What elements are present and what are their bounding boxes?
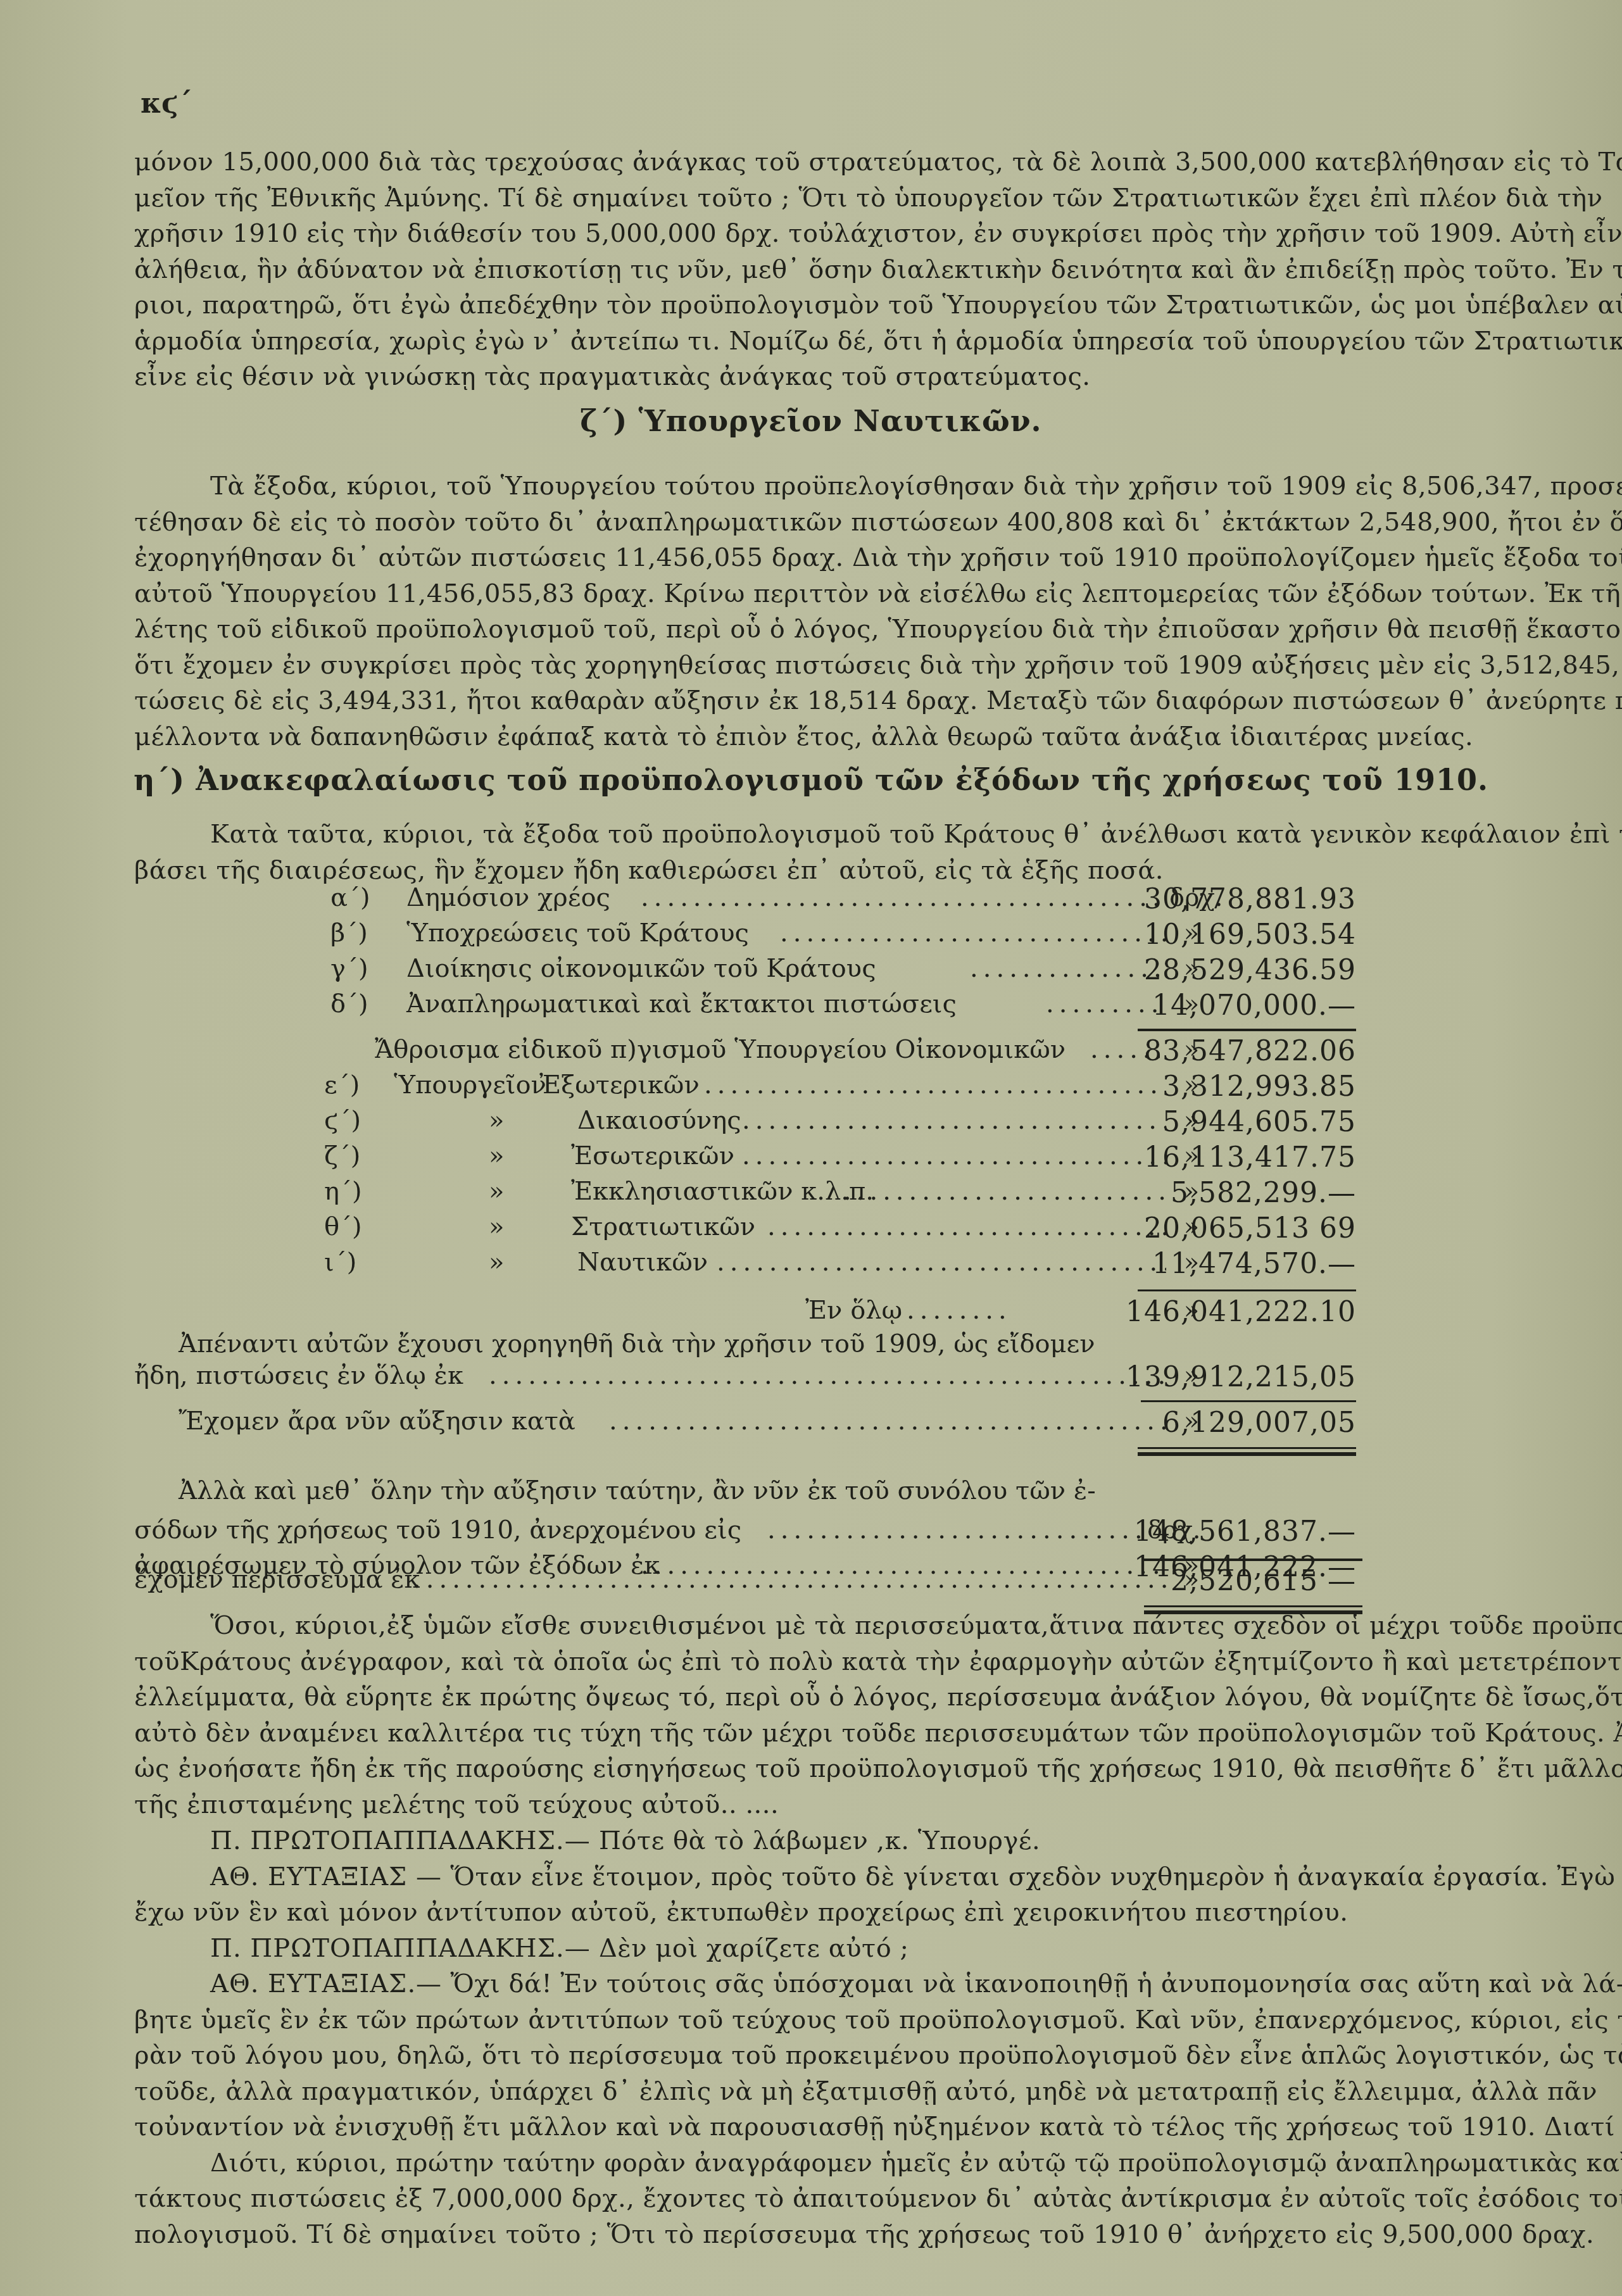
text-line: χρῆσιν 1910 εἰς τὴν διάθεσίν του 5,000,0… (134, 216, 1556, 252)
speaker-name: Π. ΠΡΩΤΟΠΑΠΠΑΔΑΚΗΣ.— (210, 1934, 591, 1963)
text-line: Τὰ ἔξοδα, κύριοι, τοῦ Ὑπουργείου τούτου … (134, 468, 1556, 505)
granted-amount: 139,912,215,05 (1126, 1361, 1356, 1393)
dialogue-line: ἔχω νῦν ἓν καὶ μόνον ἀντίτυπον αὐτοῦ, ἐκ… (134, 1895, 1556, 1931)
total-label: Ἐν ὅλῳ (805, 1296, 902, 1325)
granted-text-1: Ἀπέναντι αὐτῶν ἔχουσι χορηγηθῆ διὰ τὴν χ… (179, 1329, 1095, 1358)
increase-amount: 6,129,007,05 (1162, 1407, 1356, 1439)
row-letter: ι΄) (324, 1248, 356, 1277)
total-rule (1138, 1289, 1356, 1291)
speaker-name: ΑΘ. ΕΥΤΑΞΙΑΣ.— (210, 1969, 442, 1998)
row-label: Στρατιωτικῶν (571, 1212, 755, 1241)
row-label: Ναυτικῶν (577, 1248, 708, 1277)
leader-dots: ........................................… (489, 1361, 1166, 1390)
row-prefix: » (489, 1212, 504, 1241)
row-label: Ἐκκλησιαστικῶν κ.λ.π. (571, 1177, 874, 1206)
navy-paragraph: Τὰ ἔξοδα, κύριοι, τοῦ Ὑπουργείου τούτου … (134, 468, 1556, 755)
total-row: Ἐν ὅλῳ ........ » 146,041,222.10 (134, 1296, 1356, 1331)
row-prefix: » (489, 1177, 504, 1206)
row-prefix: Ὑπουργεῖον (394, 1070, 546, 1100)
increase-rule (1141, 1400, 1356, 1402)
row-letter: η΄) (324, 1177, 362, 1206)
text-line: μόνον 15,000,000 διὰ τὰς τρεχούσας ἀνάγκ… (134, 144, 1556, 180)
summary-intro: Κατὰ ταῦτα, κύριοι, τὰ ἔξοδα τοῦ προϋπολ… (134, 817, 1556, 888)
leader-dots: ........................................… (609, 1407, 1166, 1436)
leader-dots: ........................................… (641, 883, 1166, 912)
leader-dots: ........................................… (780, 919, 1166, 948)
amount: 16,113,417.75 (1144, 1141, 1356, 1174)
increase-row: Ἔχομεν ἄρα νῦν αὔξησιν κατὰ ............… (134, 1407, 1356, 1442)
speech-text: Δὲν μοὶ χαρίζετε αὐτό ; (599, 1934, 909, 1963)
subtotal-row: Ἄθροισμα εἰδικοῦ π)γισμοῦ Ὑπουργείου Οἰκ… (134, 1035, 1356, 1070)
row-prefix: » (489, 1248, 504, 1277)
text-line: αὐτὸ δὲν ἀναμένει καλλιτέρα τις τύχη τῆς… (134, 1716, 1556, 1752)
text-line: μεῖον τῆς Ἐθνικῆς Ἀμύνης. Τί δὲ σημαίνει… (134, 180, 1556, 216)
double-rule-bottom (1138, 1452, 1356, 1456)
dialogue-line: Π. ΠΡΩΤΟΠΑΠΠΑΔΑΚΗΣ.— Πότε θὰ τὸ λάβωμεν … (134, 1823, 1556, 1859)
text-line: αὐτοῦ Ὑπουργείου 11,456,055,83 δραχ. Κρί… (134, 576, 1556, 612)
text-line: ρὰν τοῦ λόγου μου, δηλῶ, ὅτι τὸ περίσσευ… (134, 2038, 1556, 2074)
text-line: τοῦδε, ἀλλὰ πραγματικόν, ὑπάρχει δ᾽ ἐλπὶ… (134, 2074, 1556, 2110)
speech-text: Ὅταν εἶνε ἕτοιμον, πρὸς τοῦτο δὲ γίνεται… (450, 1862, 1615, 1891)
leader-dots: ........................................… (767, 1515, 1147, 1545)
dialogue-line: ΑΘ. ΕΥΤΑΞΙΑΣ.— Ὄχι δά! Ἐν τούτοις σᾶς ὑπ… (134, 1966, 1556, 2002)
page-number: κϛ΄ (141, 87, 192, 120)
row-letter: δ΄) (330, 989, 368, 1019)
text-line: ἐχορηγήθησαν δι᾽ αὐτῶν πιστώσεις 11,456,… (134, 540, 1556, 576)
row-prefix: » (489, 1106, 504, 1135)
surplus-block: ἔχομεν περίσσευμα ἐκ ...................… (134, 1565, 1356, 1603)
text-line: ὅτι ἔχομεν ἐν συγκρίσει πρὸς τὰς χορηγηθ… (134, 648, 1556, 684)
revenue-row: σόδων τῆς χρήσεως τοῦ 1910, ἀνερχομένου … (134, 1515, 1356, 1551)
leader-dots: ........................................… (742, 1106, 1166, 1135)
leader-dots: ........................................… (704, 1070, 1166, 1100)
row-letter: ζ΄) (324, 1141, 360, 1170)
leader-dots: ........................................… (413, 1565, 1166, 1594)
section-heading-summary: η΄) Ἀνακεφαλαίωσις τοῦ προϋπολογισμοῦ τῶ… (0, 763, 1622, 797)
surplus-label: ἔχομεν περίσσευμα ἐκ (134, 1565, 420, 1594)
row-label: Ὑποχρεώσεις τοῦ Κράτους (406, 919, 749, 948)
document-page: κϛ΄ μόνον 15,000,000 διὰ τὰς τρεχούσας ἀ… (0, 0, 1622, 2296)
amount: 28,529,436.59 (1144, 954, 1356, 986)
increase-label: Ἔχομεν ἄρα νῦν αὔξησιν κατὰ (179, 1407, 575, 1436)
table-row: θ΄) » Στρατιωτικῶν .....................… (134, 1212, 1356, 1248)
row-letter: ϛ΄) (324, 1106, 361, 1135)
row-prefix: » (489, 1141, 504, 1170)
closing-paragraph: Ὅσοι, κύριοι,ἐξ ὑμῶν εἴσθε συνειθισμένοι… (134, 1608, 1556, 1822)
dialogue: Π. ΠΡΩΤΟΠΑΠΠΑΔΑΚΗΣ.— Πότε θὰ τὸ λάβωμεν … (134, 1823, 1556, 2252)
text-line: λέτης τοῦ εἰδικοῦ προϋπολογισμοῦ τοῦ, πε… (134, 612, 1556, 648)
leader-dots: .................................. (970, 954, 1166, 983)
speaker-name: ΑΘ. ΕΥΤΑΞΙΑΣ — (210, 1862, 442, 1891)
leader-dots: .................... (1046, 989, 1166, 1019)
amount: 5,582,299.— (1171, 1177, 1356, 1209)
text-line: Κατὰ ταῦτα, κύριοι, τὰ ἔξοδα τοῦ προϋπολ… (134, 817, 1556, 853)
subtotal-rule (1138, 1029, 1356, 1031)
row-letter: ε΄) (324, 1070, 360, 1100)
row-label: Δικαιοσύνης (577, 1106, 741, 1135)
dialogue-line: Π. ΠΡΩΤΟΠΑΠΠΑΔΑΚΗΣ.— Δὲν μοὶ χαρίζετε αὐ… (134, 1931, 1556, 1967)
table-row: δ΄) Ἀναπληρωματικαὶ καὶ ἔκτακτοι πιστώσε… (134, 989, 1356, 1025)
surplus-amount: 2,520,615 — (1171, 1565, 1356, 1597)
speech-text: Πότε θὰ τὸ λάβωμεν ,κ. Ὑπουργέ. (599, 1826, 1040, 1855)
text-line: ριοι, παρατηρῶ, ὅτι ἐγὼ ἀπεδέχθην τὸν πρ… (134, 287, 1556, 323)
text-line: πολογισμοῦ. Τί δὲ σημαίνει τοῦτο ; Ὅτι τ… (134, 2217, 1556, 2253)
surplus-double-rule-top (1144, 1605, 1362, 1607)
granted-row: ἤδη, πιστώσεις ἐν ὅλῳ ἐκ ...............… (134, 1361, 1356, 1396)
total-amount: 146,041,222.10 (1126, 1296, 1356, 1328)
text-line: Ὅσοι, κύριοι,ἐξ ὑμῶν εἴσθε συνειθισμένοι… (134, 1608, 1556, 1644)
expenses-table: α΄) Δημόσιον χρέος .....................… (134, 883, 1356, 1326)
leader-dots: ........ (907, 1296, 1160, 1325)
speaker-name: Π. ΠΡΩΤΟΠΑΠΠΑΔΑΚΗΣ.— (210, 1826, 591, 1855)
revenue-amount: 148,561,837.— (1134, 1515, 1356, 1548)
table-row: ε΄) Ὑπουργεῖον Ἐξωτερικῶν ..............… (134, 1070, 1356, 1106)
amount: 14,070,000.— (1152, 989, 1356, 1022)
row-label: Διοίκησις οἰκονομικῶν τοῦ Κράτους (406, 954, 876, 983)
leader-dots: ........................................… (742, 1141, 1166, 1170)
text-line: ἁρμοδία ὑπηρεσία, χωρὶς ἐγὼ ν᾽ ἀντείπω τ… (134, 323, 1556, 360)
intro-paragraph: μόνον 15,000,000 διὰ τὰς τρεχούσας ἀνάγκ… (134, 144, 1556, 395)
speech-text: Ὄχι δά! Ἐν τούτοις σᾶς ὑπόσχομαι νὰ ἱκαν… (450, 1969, 1622, 1998)
revenue-text: Ἀλλὰ καὶ μεθ᾽ ὅλην τὴν αὔξησιν ταύτην, ἂ… (134, 1476, 1356, 1512)
leader-dots: ........................................… (767, 1212, 1166, 1241)
table-row: ζ΄) » Ἐσωτερικῶν .......................… (134, 1141, 1356, 1177)
amount: 20,065,513 69 (1144, 1212, 1356, 1245)
comparison-block: Ἀπέναντι αὐτῶν ἔχουσι χορηγηθῆ διὰ τὴν χ… (134, 1329, 1356, 1595)
amount: 3,312,993.85 (1162, 1070, 1356, 1103)
text-line: ὡς ἐνοήσατε ἤδη ἐκ τῆς παρούσης εἰσηγήσε… (134, 1751, 1556, 1787)
subtotal-amount: 83,547,822.06 (1144, 1035, 1356, 1067)
subtotal-label: Ἄθροισμα εἰδικοῦ π)γισμοῦ Ὑπουργείου Οἰκ… (375, 1035, 1066, 1064)
table-row: ι΄) » Ναυτικῶν .........................… (134, 1248, 1356, 1283)
amount: 11,474,570.— (1152, 1248, 1356, 1280)
table-row: α΄) Δημόσιον χρέος .....................… (134, 883, 1356, 919)
text-line: τοῦΚράτους ἀνέγραφον, καὶ τὰ ὁποῖα ὡς ἐπ… (134, 1644, 1556, 1680)
dialogue-line: ΑΘ. ΕΥΤΑΞΙΑΣ — Ὅταν εἶνε ἕτοιμον, πρὸς τ… (134, 1859, 1556, 1895)
leader-dots: ........................................… (717, 1248, 1166, 1277)
amount: 10,169,503.54 (1144, 919, 1356, 951)
row-letter: θ΄) (324, 1212, 362, 1241)
text-line: τάκτους πιστώσεις ἐξ 7,000,000 δρχ., ἔχο… (134, 2181, 1556, 2217)
row-label: Ἐξωτερικῶν (539, 1070, 700, 1100)
row-label: Δημόσιον χρέος (406, 883, 610, 912)
text-line: Διότι, κύριοι, πρώτην ταύτην φορὰν ἀναγρ… (134, 2145, 1556, 2181)
text-line: βητε ὑμεῖς ἓν ἐκ τῶν πρώτων ἀντιτύπων το… (134, 2002, 1556, 2038)
leader-dots: ........................................… (843, 1177, 1166, 1206)
granted-text-2: ἤδη, πιστώσεις ἐν ὅλῳ ἐκ (134, 1361, 463, 1390)
surplus-row: ἔχομεν περίσσευμα ἐκ ...................… (134, 1565, 1356, 1600)
double-rule-top (1138, 1447, 1356, 1449)
text-line: τῆς ἐπισταμένης μελέτης τοῦ τεύχους αὐτο… (134, 1787, 1556, 1823)
text-line: ἀλήθεια, ἣν ἀδύνατον νὰ ἐπισκοτίσῃ τις ν… (134, 252, 1556, 288)
text-line: τώσεις δὲ εἰς 3,494,331, ἤτοι καθαρὰν αὔ… (134, 683, 1556, 719)
amount: 5,944,605.75 (1162, 1106, 1356, 1138)
table-row: γ΄) Διοίκησις οἰκονομικῶν τοῦ Κράτους ..… (134, 954, 1356, 989)
section-heading-navy: ζ΄) Ὑπουργεῖον Ναυτικῶν. (0, 404, 1622, 438)
revenue-text-1: Ἀλλὰ καὶ μεθ᾽ ὅλην τὴν αὔξησιν ταύτην, ἂ… (179, 1476, 1096, 1505)
text-line: ἐλλείμματα, θὰ εὕρητε ἐκ πρώτης ὄψεως τό… (134, 1679, 1556, 1716)
row-letter: γ΄) (330, 954, 368, 983)
text-line: μέλλοντα νὰ δαπανηθῶσιν ἐφάπαξ κατὰ τὸ ἐ… (134, 719, 1556, 755)
row-label: Ἐσωτερικῶν (571, 1141, 734, 1170)
row-letter: α΄) (330, 883, 370, 912)
amount: 30,778,881.93 (1144, 883, 1356, 915)
table-row: β΄) Ὑποχρεώσεις τοῦ Κράτους ............… (134, 919, 1356, 954)
table-row: η΄) » Ἐκκλησιαστικῶν κ.λ.π. ............… (134, 1177, 1356, 1212)
table-row: ϛ΄) » Δικαιοσύνης ......................… (134, 1106, 1356, 1141)
text-line: τοὐναντίον νὰ ἐνισχυθῇ ἔτι μᾶλλον καὶ νὰ… (134, 2109, 1556, 2145)
row-label: Ἀναπληρωματικαὶ καὶ ἔκτακτοι πιστώσεις (406, 989, 957, 1019)
comparison-text: Ἀπέναντι αὐτῶν ἔχουσι χορηγηθῆ διὰ τὴν χ… (134, 1329, 1356, 1365)
row-letter: β΄) (330, 919, 368, 948)
text-line: εἶνε εἰς θέσιν νὰ γινώσκῃ τὰς πραγματικὰ… (134, 359, 1556, 395)
speech-text: ἔχω νῦν ἓν καὶ μόνον ἀντίτυπον αὐτοῦ, ἐκ… (134, 1898, 1349, 1927)
revenue-text-2: σόδων τῆς χρήσεως τοῦ 1910, ἀνερχομένου … (134, 1515, 741, 1545)
text-line: τέθησαν δὲ εἰς τὸ ποσὸν τοῦτο δι᾽ ἀναπλη… (134, 505, 1556, 541)
surplus-rule (1144, 1559, 1362, 1561)
